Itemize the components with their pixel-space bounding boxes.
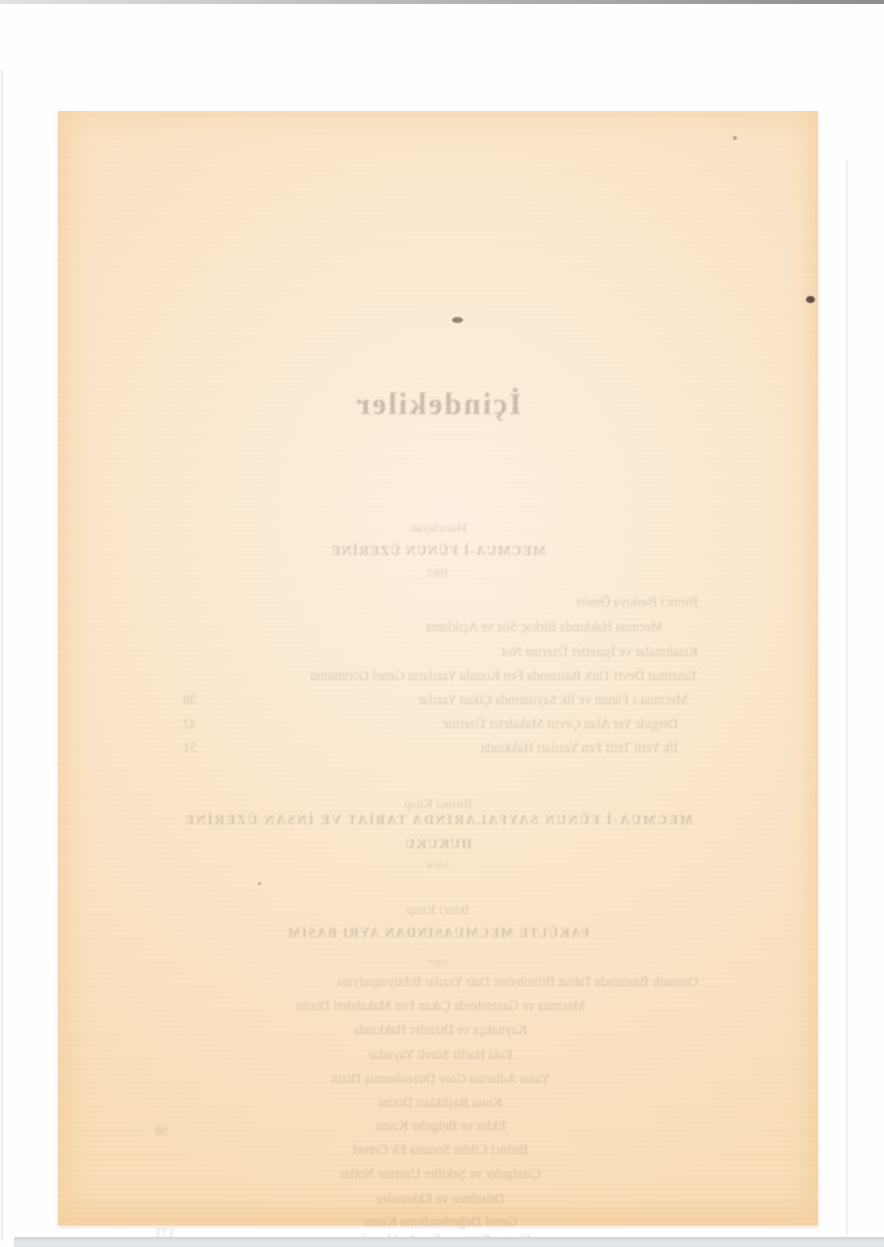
ghost-line-entries-block-2: Yazar Adlarına Göre Düzenlenmiş Dizin xyxy=(183,1072,698,1087)
ghost-line-text: Düzeltme ve Eklemeler xyxy=(377,1191,504,1206)
ghost-line-section-heading-2: FAKÜLTE MECMUASINDAN AYRI BASIM xyxy=(58,926,818,941)
ghost-line-text: Osmanlı Basınında Tabiat Bilimlerine Dai… xyxy=(337,974,698,989)
ghost-line-entries-block-3: Birinci Cildin Sonuna Ek Cetvel xyxy=(183,1143,698,1158)
ghost-page-number: 51 xyxy=(183,741,197,756)
ghost-line-section-heading-1: MECMUA-İ FÜNUN SAYFALARINDA TABİAT VE İN… xyxy=(58,813,818,828)
ghost-line-text: 1967 xyxy=(427,958,449,970)
ghost-line-entries-block-2: Eski Harfli Süreli Yayınlar xyxy=(183,1048,698,1063)
ghost-line-text: Yazar Adlarına Göre Düzenlenmiş Dizin xyxy=(331,1071,550,1086)
ghost-line-text: 98 xyxy=(155,1123,168,1138)
tiny-dot xyxy=(258,882,261,885)
ghost-line-text: FAKÜLTE MECMUASINDAN AYRI BASIM xyxy=(287,925,590,940)
ghost-line-entries-block-3: 98 xyxy=(155,1124,698,1138)
ghost-page-number: 38 xyxy=(183,693,197,708)
ghost-line-text: Tanzimat Devri Türk Basınında Fen Konulu… xyxy=(310,668,698,683)
dark-speck-right-edge xyxy=(806,296,815,303)
ghost-line-text: HUKUKU xyxy=(404,836,472,851)
ghost-line-section-heading-1: HUKUKU xyxy=(58,837,818,852)
ghost-line-entries-block-3: Çizelgeler ve Şekiller Üzerine Notlar xyxy=(183,1167,698,1182)
book-page-paper: İçindekilerHazırlayanMECMUA-İ FÜNUN ÜZER… xyxy=(58,111,818,1225)
ghost-line-text: Birinci Cildin Sonuna Ek Cetvel xyxy=(353,1142,529,1157)
ghost-line-entries-block-1: Birinci Baskıya Önsöz xyxy=(183,595,698,610)
ghost-line-text: Birinci Baskıya Önsöz xyxy=(576,594,698,609)
ghost-line-entries-block-1: Mecmua Hakkında Birkaç Söz ve Açıklama xyxy=(183,620,663,635)
ghost-line-entries-block-2: Osmanlı Basınında Tabiat Bilimlerine Dai… xyxy=(183,975,698,990)
ghost-line-entries-block-2: Konu Başlıkları Dizini xyxy=(183,1096,698,1111)
ghost-line-text: Mecmua-i Fünun ve İlk Sayılarında Çıkan … xyxy=(418,692,688,707)
ghost-line-section-heading-1: Birinci Kitap xyxy=(58,797,818,811)
scanner-bed-strip xyxy=(14,1237,884,1247)
ghost-line-text: Dergide Yer Alan Çeviri Makaleler Üzerin… xyxy=(443,716,678,731)
ghost-line-book-heading: MECMUA-İ FÜNUN ÜZERİNE xyxy=(58,544,818,559)
ghost-line-entries-block-3: Düzeltme ve Eklemeler xyxy=(183,1192,698,1207)
ghost-line-entries-block-1: Dergide Yer Alan Çeviri Makaleler Üzerin… xyxy=(183,717,678,732)
ghost-line-book-heading: 1862 xyxy=(58,567,818,579)
ghost-line-text: Kısaltmalar ve İşaretler Üzerine Not xyxy=(502,644,698,659)
scan-left-edge-line xyxy=(1,70,3,1240)
ghost-line-entries-block-1: İlk Yerli Telif Fen Yazıları Hakkında51 xyxy=(183,741,678,756)
ghost-line-section-heading-2: 1967 xyxy=(58,958,818,970)
ghost-line-entries-block-2: Mecmua ve Gazetelerde Çıkan Fen Makalele… xyxy=(183,999,698,1014)
ghost-line-text: Birinci Kitap xyxy=(404,796,472,811)
ghost-line-text: İlk Yerli Telif Fen Yazıları Hakkında xyxy=(481,740,678,755)
ghost-line-text: 1974 xyxy=(427,860,449,872)
ghost-line-section-heading-2: İkinci Kitap xyxy=(58,903,818,917)
scan-top-edge-line xyxy=(0,0,884,4)
scanned-document-page: İçindekilerHazırlayanMECMUA-İ FÜNUN ÜZER… xyxy=(0,0,884,1247)
scan-right-edge-line xyxy=(846,160,848,1235)
ghost-line-text: Kaynakça ve Dizinler Hakkında xyxy=(354,1022,528,1037)
ghost-line-text: MECMUA-İ FÜNUN ÜZERİNE xyxy=(330,543,545,558)
ghost-line-entries-block-1: Mecmua-i Fünun ve İlk Sayılarında Çıkan … xyxy=(183,693,688,708)
ghost-page-number: 42 xyxy=(183,717,197,732)
ghost-line-text: Hazırlayan xyxy=(409,520,466,535)
ghost-line-text: Çizelgeler ve Şekiller Üzerine Notlar xyxy=(340,1166,541,1181)
ghost-line-text: İkinci Kitap xyxy=(407,902,469,917)
small-speck-top xyxy=(733,136,737,140)
ghost-line-text: İçindekiler xyxy=(355,386,522,421)
ghost-line-text: Mecmua ve Gazetelerde Çıkan Fen Makalele… xyxy=(296,998,585,1013)
ghost-line-contents-title: İçindekiler xyxy=(58,387,818,421)
ghost-line-entries-block-1: Kısaltmalar ve İşaretler Üzerine Not xyxy=(183,645,698,660)
ghost-line-entries-block-2: Kaynakça ve Dizinler Hakkında xyxy=(183,1023,698,1038)
bleedthrough-text-layer: İçindekilerHazırlayanMECMUA-İ FÜNUN ÜZER… xyxy=(58,111,818,1225)
ghost-line-entries-block-1: Tanzimat Devri Türk Basınında Fen Konulu… xyxy=(183,669,698,684)
ghost-line-text: Mecmua Hakkında Birkaç Söz ve Açıklama xyxy=(426,619,663,634)
ghost-line-text: MECMUA-İ FÜNUN SAYFALARINDA TABİAT VE İN… xyxy=(183,812,692,827)
ghost-line-text: 1862 xyxy=(427,567,449,579)
ink-squiggle-under-title xyxy=(452,317,463,323)
ghost-line-book-heading: Hazırlayan xyxy=(58,521,818,535)
ghost-line-text: Konu Başlıkları Dizini xyxy=(379,1095,502,1110)
ghost-line-text: Eski Harfli Süreli Yayınlar xyxy=(369,1047,513,1062)
ghost-line-section-heading-1: 1974 xyxy=(58,860,818,872)
